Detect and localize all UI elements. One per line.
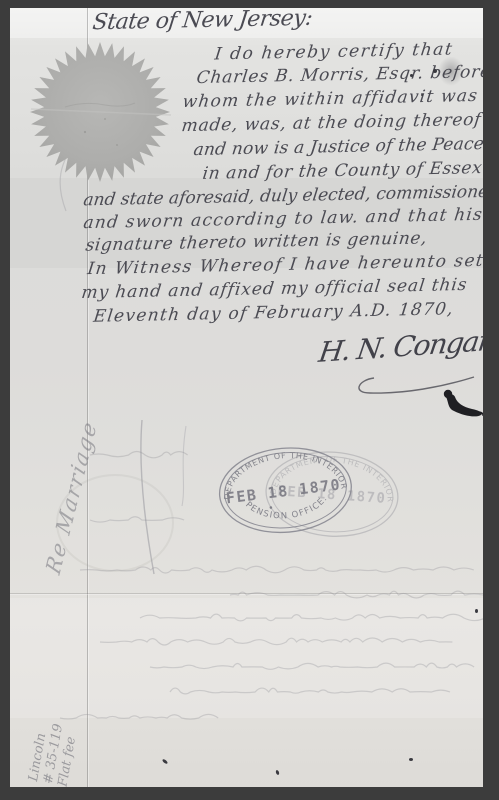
photo-frame: State of New Jersey: I do hereby certify… (0, 0, 499, 800)
horizontal-crease (10, 593, 483, 594)
embossed-paper-seal (25, 37, 175, 187)
body-line: In Witness Whereof I have hereunto set (86, 251, 483, 279)
ink-speck (409, 758, 413, 761)
ink-blot (434, 388, 483, 426)
vertical-pencil-note: Re Marriage (42, 393, 106, 577)
page-heading: State of New Jersey: (91, 8, 313, 35)
body-line: and now is a Justice of the Peace. (192, 134, 483, 160)
ink-speck (275, 770, 280, 776)
ink-speck (410, 74, 413, 77)
pension-office-date-stamp: DEPARTMENT OF THE INTERIOR FEB 18 1870 D… (201, 429, 420, 562)
ink-speck (162, 758, 169, 764)
ink-speck (421, 94, 423, 96)
margin-pencil-note: Lincoln # 35-119 Flat fee (26, 672, 89, 787)
signature: H. N. Congar (317, 324, 483, 369)
document-page: State of New Jersey: I do hereby certify… (10, 8, 483, 787)
pencil-stroke (128, 416, 208, 586)
body-line: my hand and affixed my official seal thi… (80, 275, 468, 303)
body-line: I do hereby certify that (213, 40, 454, 65)
ink-speck (475, 609, 478, 613)
body-line: whom the within affidavit was (181, 86, 479, 112)
ink-speck (433, 69, 437, 73)
body-line: Eleventh day of February A.D. 1870, (92, 299, 455, 327)
body-line: made, was, at the doing thereof (180, 110, 482, 136)
ink-smudge (438, 56, 464, 86)
body-line: in and for the County of Essex (201, 158, 483, 184)
body-line: signature thereto written is genuine, (84, 228, 428, 255)
